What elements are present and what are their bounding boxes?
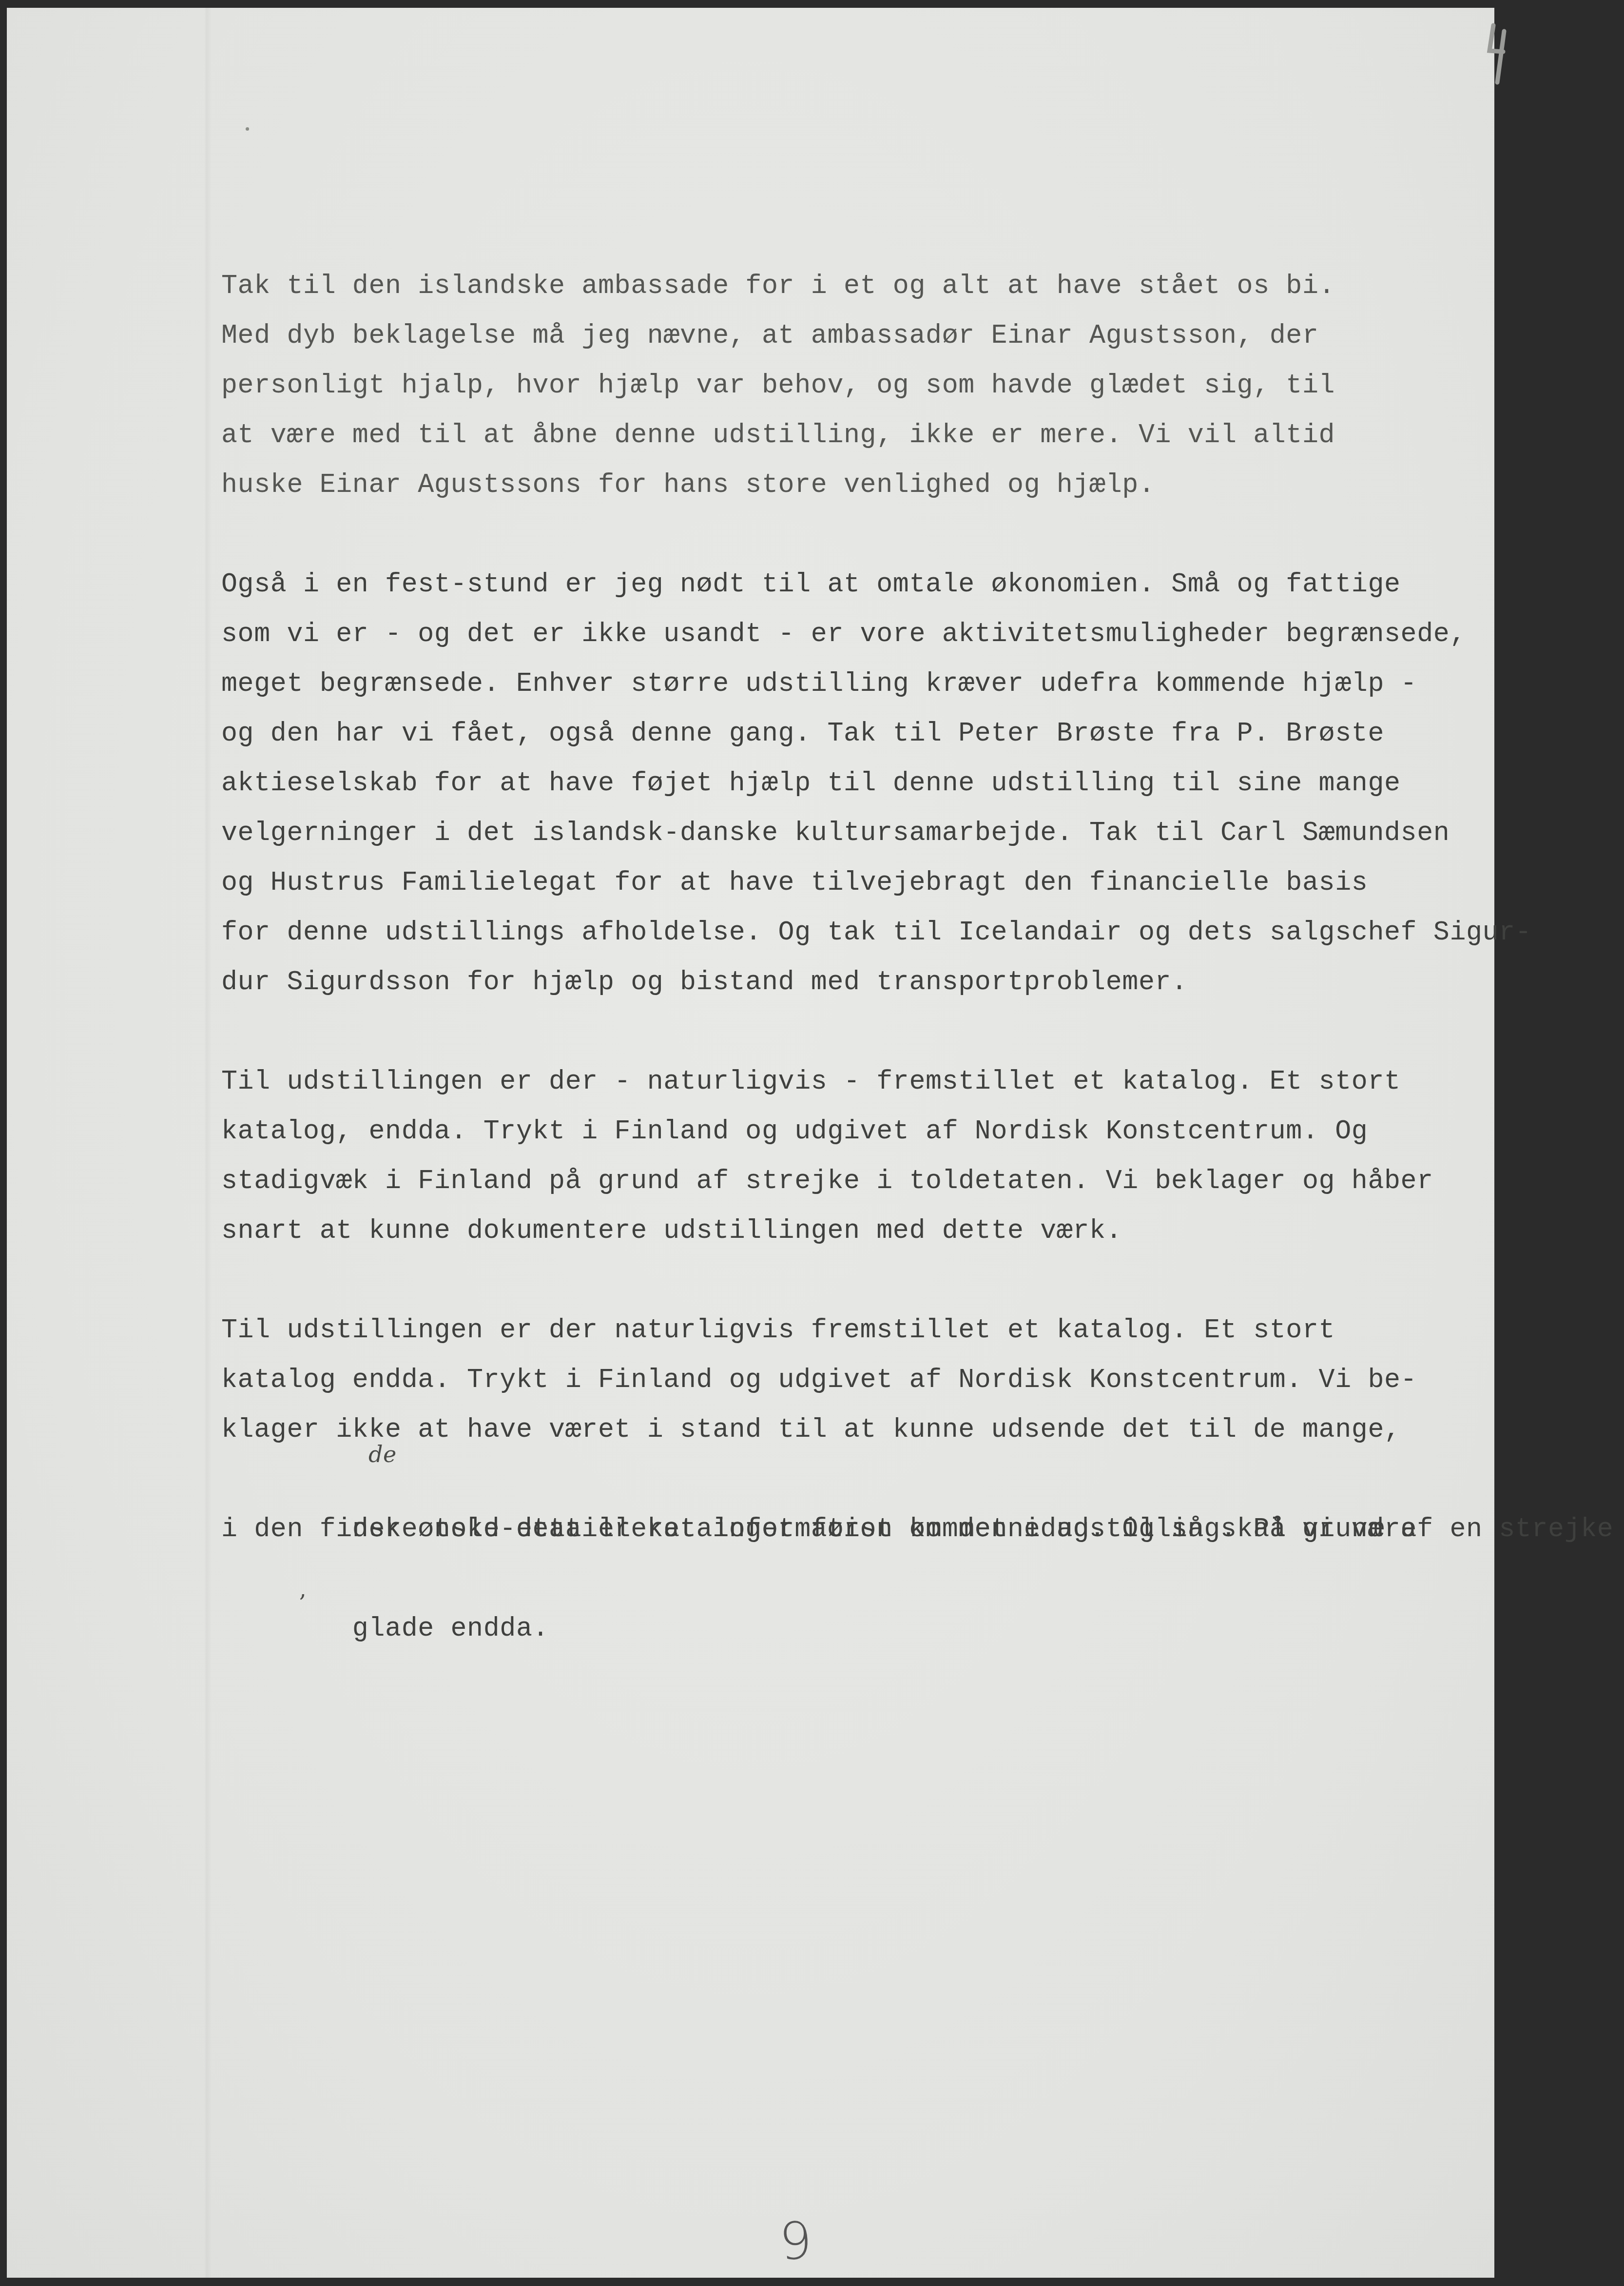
text-line: huske Einar Agustssons for hans store ve… — [221, 460, 1537, 510]
text-line: for denne udstillings afholdelse. Og tak… — [221, 908, 1537, 957]
text-line: at være med til at åbne denne udstilling… — [221, 410, 1537, 460]
paragraph-catalog-draft-2: Til udstillingen er der naturligvis frem… — [221, 1306, 1537, 1604]
text-line: Med dyb beklagelse må jeg nævne, at amba… — [221, 311, 1537, 361]
text-line: velgerninger i det islandsk-danske kultu… — [221, 808, 1537, 858]
text-line: Også i en fest-stund er jeg nødt til at … — [221, 560, 1537, 609]
text-line: personligt hjalp, hvor hjælp var behov, … — [221, 361, 1537, 410]
text-line: og Hustrus Familielegat for at have tilv… — [221, 858, 1537, 908]
document-page: Tak til den islandske ambassade for i et… — [7, 8, 1494, 2278]
text-line-content: der ønske detailleret information om den… — [352, 1514, 1614, 1544]
text-line: Til udstillingen er der - naturligvis - … — [221, 1057, 1537, 1107]
text-line: som vi er - og det er ikke usandt - er v… — [221, 609, 1537, 659]
text-line: og den har vi fået, også denne gang. Tak… — [221, 709, 1537, 759]
text-line: glade endda. , — [221, 1554, 1537, 1604]
text-line: aktieselskab for at have føjet hjælp til… — [221, 759, 1537, 808]
paper-speck — [246, 127, 249, 131]
text-line: meget begrænsede. Enhver større udstilli… — [221, 659, 1537, 709]
text-line-content: glade endda. — [352, 1613, 549, 1644]
text-line: Tak til den islandske ambassade for i et… — [221, 261, 1537, 311]
text-line: katalog endda. Trykt i Finland og udgive… — [221, 1355, 1537, 1405]
text-line: dur Sigurdsson for hjælp og bistand med … — [221, 957, 1537, 1007]
paragraph-thanks-embassy: Tak til den islandske ambassade for i et… — [221, 261, 1537, 510]
paragraph-catalog-draft-1: Til udstillingen er der - naturligvis - … — [221, 1057, 1537, 1256]
corner-pencil-mark — [1479, 21, 1508, 85]
typed-body: Tak til den islandske ambassade for i et… — [221, 261, 1537, 1654]
text-line: katalog, endda. Trykt i Finland og udgiv… — [221, 1107, 1537, 1156]
text-line: stadigvæk i Finland på grund af strejke … — [221, 1156, 1537, 1206]
page-number: 9 — [778, 2210, 813, 2271]
text-line: snart at kunne dokumentere udstillingen … — [221, 1206, 1537, 1256]
text-line: der ønske detailleret information om den… — [221, 1455, 1537, 1504]
handwritten-comma: , — [299, 1564, 307, 1614]
handwritten-four-icon — [1479, 21, 1508, 85]
handwritten-insertion: de — [368, 1429, 397, 1479]
text-line: klager ikke at have været i stand til at… — [221, 1405, 1537, 1455]
paragraph-economy: Også i en fest-stund er jeg nødt til at … — [221, 560, 1537, 1007]
text-line: Til udstillingen er der naturligvis frem… — [221, 1306, 1537, 1355]
